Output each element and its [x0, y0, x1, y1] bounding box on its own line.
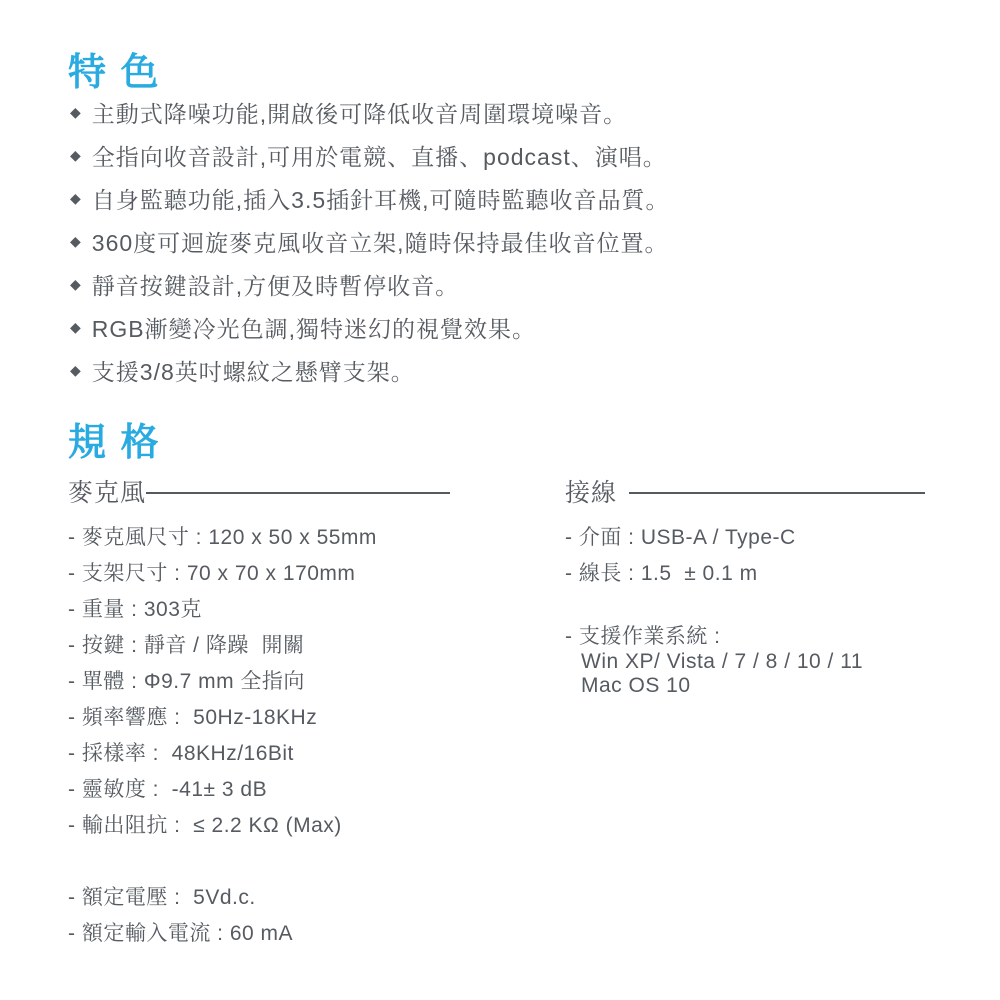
- os-support-label: - 支援作業系統 :: [565, 624, 925, 650]
- spec-item: - 靈敏度 : -41± 3 dB: [68, 770, 450, 806]
- spec-item: - 單體 : Φ9.7 mm 全指向: [68, 662, 450, 698]
- spec-item: - 麥克風尺寸 : 120 x 50 x 55mm: [68, 518, 450, 554]
- mic-column-title: 麥克風: [68, 473, 146, 509]
- mic-spec-list: - 麥克風尺寸 : 120 x 50 x 55mm - 支架尺寸 : 70 x …: [68, 518, 450, 842]
- mic-power-spec-list: - 額定電壓 : 5Vd.c. - 額定輸入電流 : 60 mA: [68, 878, 450, 950]
- diamond-bullet-icon: ◆: [70, 190, 82, 207]
- spec-item: - 額定電壓 : 5Vd.c.: [68, 878, 450, 914]
- header-rule: [629, 492, 925, 494]
- feature-item: ◆ 靜音按鍵設計,方便及時暫停收音。: [70, 263, 670, 306]
- diamond-bullet-icon: ◆: [70, 319, 82, 336]
- feature-item: ◆ 自身監聽功能,插入3.5插針耳機,可隨時監聽收音品質。: [70, 177, 670, 220]
- os-support-windows: Win XP/ Vista / 7 / 8 / 10 / 11: [565, 650, 925, 674]
- spec-item: - 介面 : USB-A / Type-C: [565, 518, 925, 554]
- diamond-bullet-icon: ◆: [70, 276, 82, 293]
- feature-item: ◆ 全指向收音設計,可用於電競、直播、podcast、演唱。: [70, 134, 670, 177]
- feature-text: 靜音按鍵設計,方便及時暫停收音。: [92, 268, 459, 301]
- diamond-bullet-icon: ◆: [70, 147, 82, 164]
- feature-item: ◆ RGB漸變冷光色調,獨特迷幻的視覺效果。: [70, 306, 670, 349]
- spec-item: - 頻率響應 : 50Hz-18KHz: [68, 698, 450, 734]
- cable-spec-list: - 介面 : USB-A / Type-C - 線長 : 1.5 ± 0.1 m: [565, 518, 925, 590]
- spec-item: - 線長 : 1.5 ± 0.1 m: [565, 554, 925, 590]
- spec-item: - 重量 : 303克: [68, 590, 450, 626]
- mic-column-header: 麥克風: [68, 476, 450, 506]
- spec-item: - 按鍵 : 靜音 / 降躁 開關: [68, 626, 450, 662]
- mic-spec-column: 麥克風 - 麥克風尺寸 : 120 x 50 x 55mm - 支架尺寸 : 7…: [68, 476, 450, 950]
- feature-list: ◆ 主動式降噪功能,開啟後可降低收音周圍環境噪音。 ◆ 全指向收音設計,可用於電…: [70, 91, 670, 392]
- features-heading: 特 色: [68, 54, 161, 92]
- spec-item: - 支架尺寸 : 70 x 70 x 170mm: [68, 554, 450, 590]
- diamond-bullet-icon: ◆: [70, 233, 82, 250]
- feature-item: ◆ 主動式降噪功能,開啟後可降低收音周圍環境噪音。: [70, 91, 670, 134]
- os-support-block: - 支援作業系統 : Win XP/ Vista / 7 / 8 / 10 / …: [565, 624, 925, 698]
- feature-item: ◆ 支援3/8英吋螺紋之懸臂支架。: [70, 349, 670, 392]
- feature-item: ◆ 360度可迴旋麥克風收音立架,隨時保持最佳收音位置。: [70, 220, 670, 263]
- diamond-bullet-icon: ◆: [70, 104, 82, 121]
- diamond-bullet-icon: ◆: [70, 362, 82, 379]
- header-rule: [146, 492, 450, 494]
- feature-text: RGB漸變冷光色調,獨特迷幻的視覺效果。: [92, 311, 536, 344]
- spec-item: - 採樣率 : 48KHz/16Bit: [68, 734, 450, 770]
- feature-text: 全指向收音設計,可用於電競、直播、podcast、演唱。: [92, 139, 667, 172]
- cable-column-title: 接線: [565, 473, 617, 509]
- spec-item: - 額定輸入電流 : 60 mA: [68, 914, 450, 950]
- spec-item: - 輸出阻抗 : ≤ 2.2 KΩ (Max): [68, 806, 450, 842]
- feature-text: 360度可迴旋麥克風收音立架,隨時保持最佳收音位置。: [92, 225, 669, 258]
- cable-spec-column: 接線 - 介面 : USB-A / Type-C - 線長 : 1.5 ± 0.…: [565, 476, 925, 698]
- os-support-mac: Mac OS 10: [565, 674, 925, 698]
- feature-text: 主動式降噪功能,開啟後可降低收音周圍環境噪音。: [92, 96, 627, 129]
- cable-column-header: 接線: [565, 476, 925, 506]
- feature-text: 支援3/8英吋螺紋之懸臂支架。: [92, 354, 415, 387]
- specs-heading: 規 格: [68, 424, 161, 462]
- feature-text: 自身監聽功能,插入3.5插針耳機,可隨時監聽收音品質。: [92, 182, 670, 215]
